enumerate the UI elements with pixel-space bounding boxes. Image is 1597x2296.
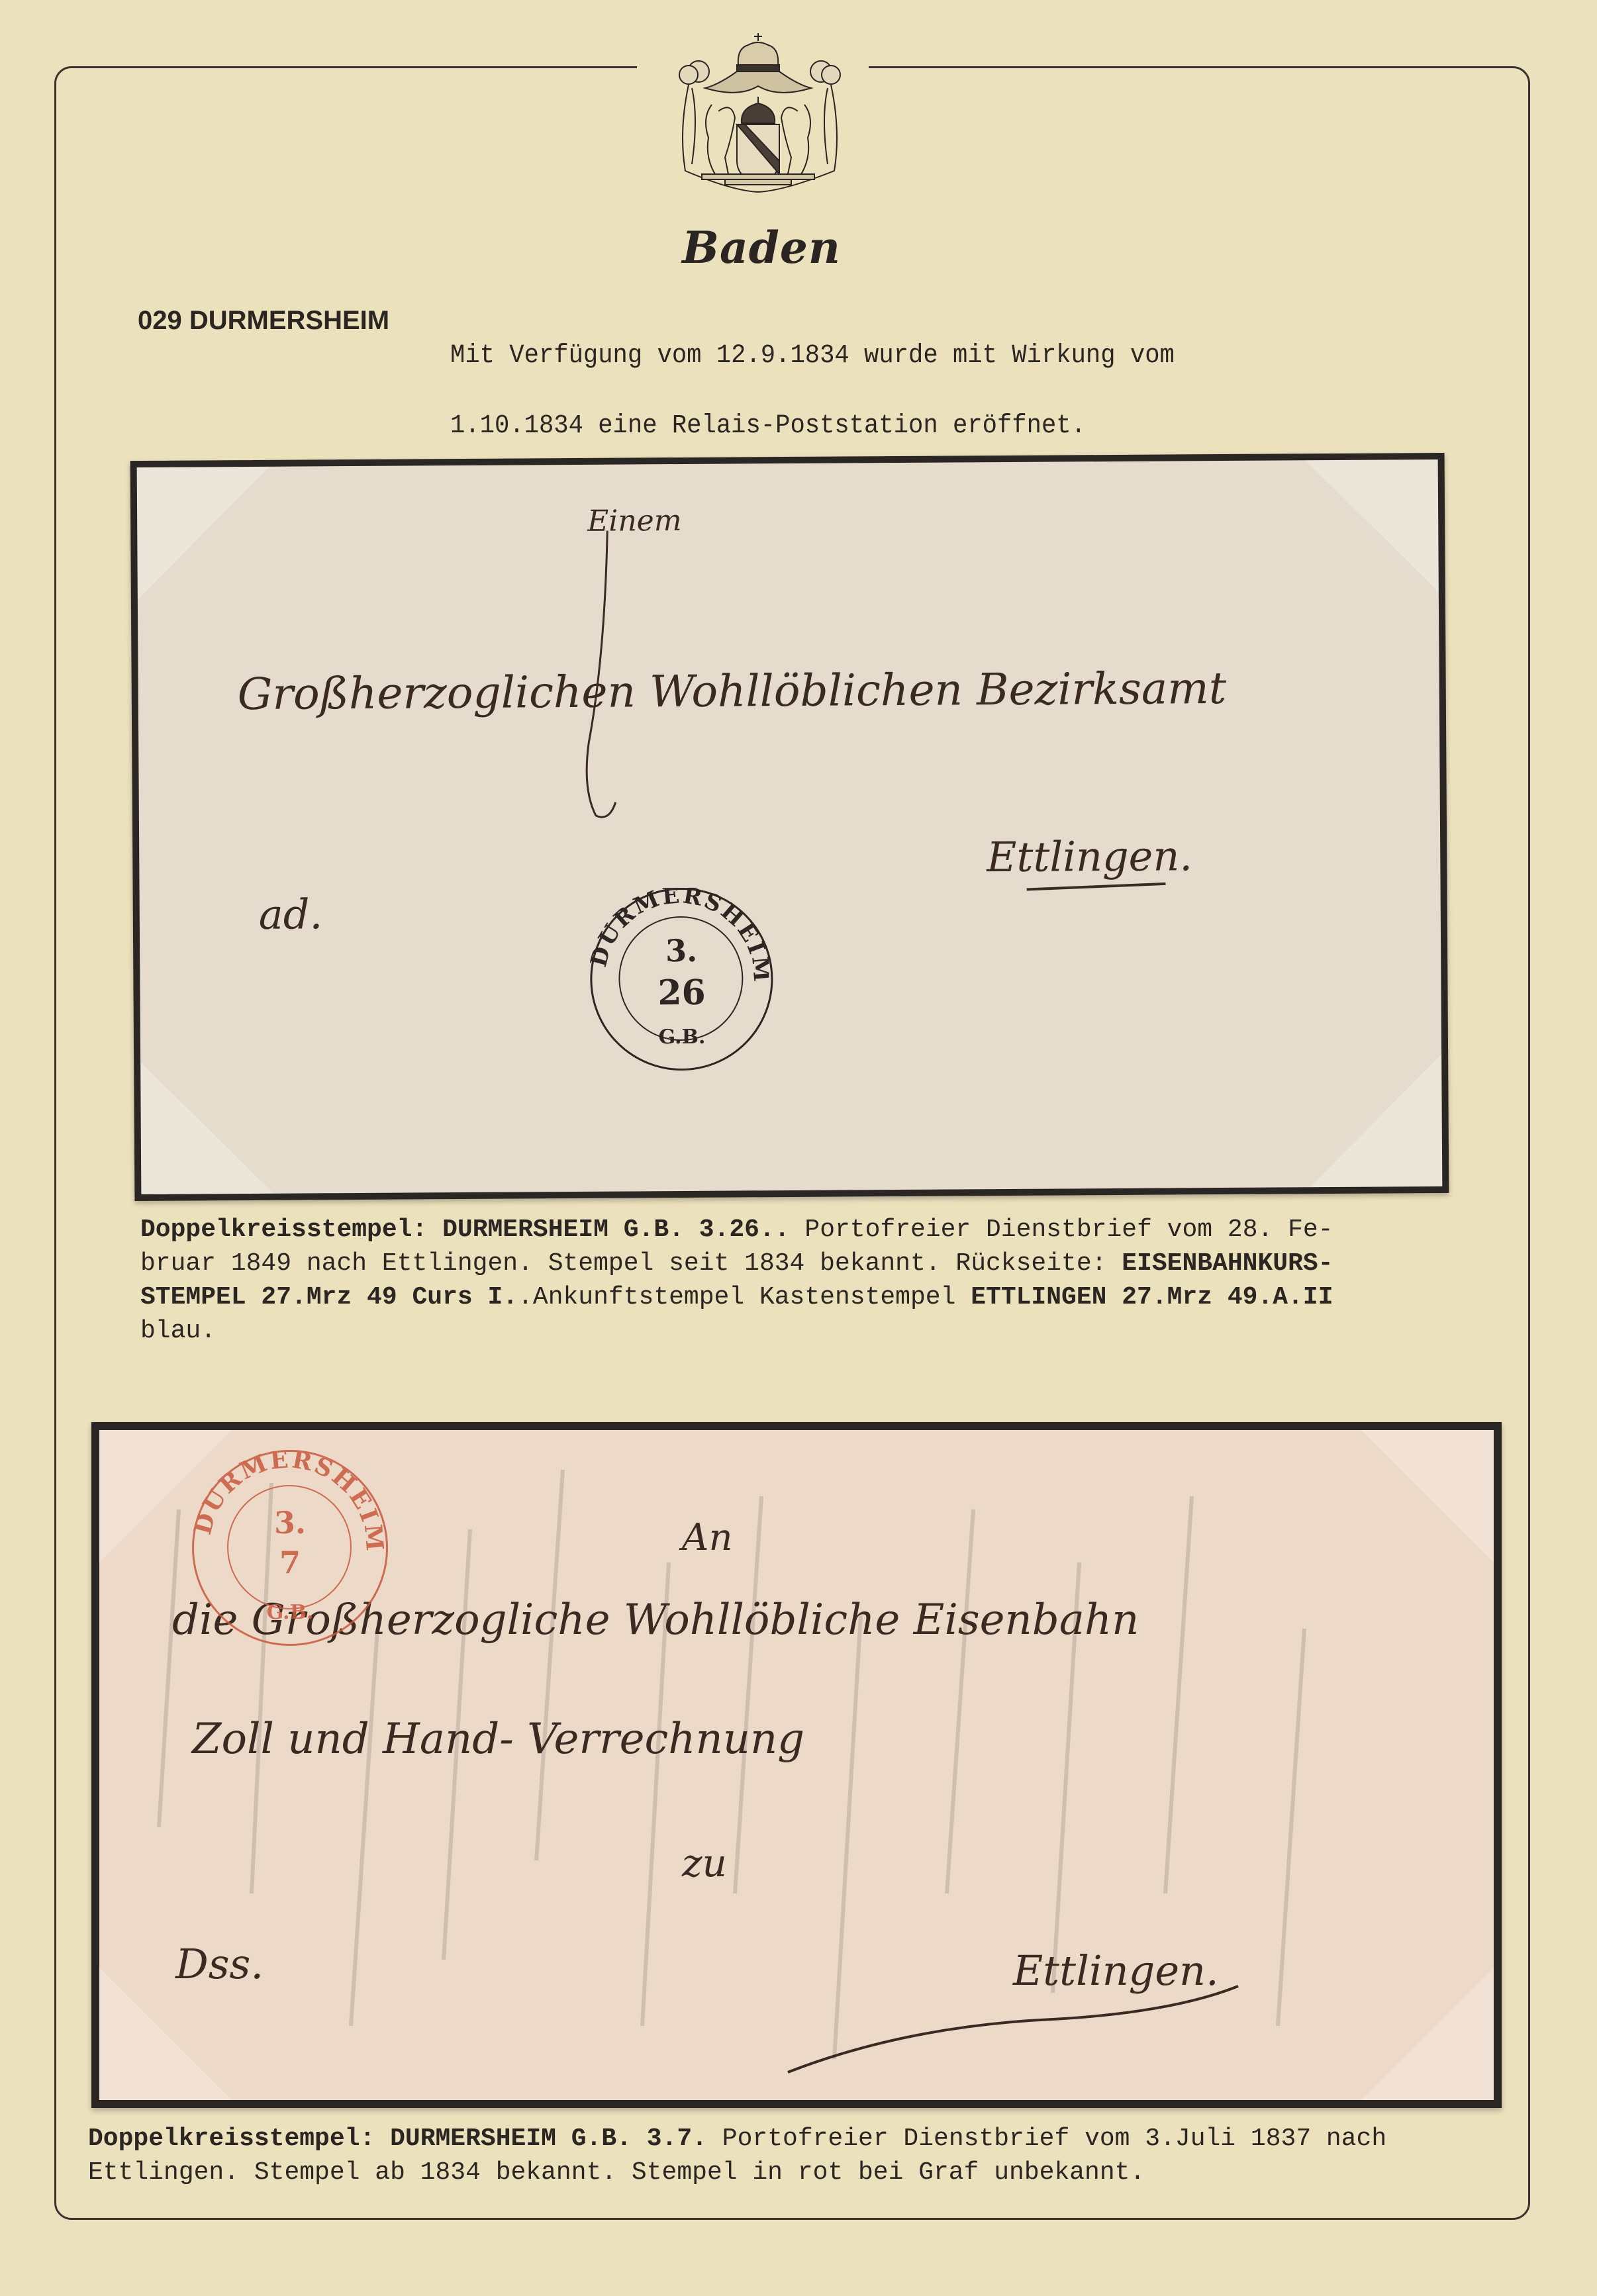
caption-bold: ETTLINGEN 27.Mrz 49.A.II (971, 1283, 1333, 1312)
caption-bold: STEMPEL 27.Mrz 49 Curs I. (140, 1283, 518, 1312)
location-code: 029 DURMERSHEIM (138, 303, 389, 338)
mount-corner (137, 467, 270, 600)
handwritten-addressee-line2: Zoll und Hand- Verrechnung (192, 1715, 804, 1764)
intro-line: 1.10.1834 eine Relais-Poststation eröffn… (450, 408, 1374, 444)
postmark-bottom: G.B. (257, 1601, 323, 1624)
caption-label: Doppelkreisstempel: (140, 1216, 427, 1244)
caption-text: .Ankunftstempel Kastenstempel (518, 1283, 971, 1312)
caption-text: bruar 1849 nach Ettlingen. Stempel seit … (140, 1249, 1122, 1278)
coat-of-arms-icon (652, 25, 877, 211)
caption-label: Doppelkreisstempel: (88, 2125, 375, 2153)
cover-1-caption: Doppelkreisstempel: DURMERSHEIM G.B. 3.2… (140, 1213, 1465, 1348)
caption-stamp: DURMERSHEIM G.B. 3.26.. (442, 1216, 790, 1244)
handwritten-addressee: Großherzoglichen Wohllöblichen Bezirksam… (238, 663, 1227, 720)
intro-line: Mit Verfügung vom 12.9.1834 wurde mit Wi… (450, 338, 1374, 373)
mount-corner (1309, 1054, 1442, 1187)
caption-text: Portofreier Dienstbrief vom 3.Juli 1837 … (707, 2125, 1386, 2153)
handwritten-preposition: zu (682, 1841, 727, 1886)
postmark-month: 26 (655, 973, 708, 1013)
cover-1-envelope: Einem Großherzoglichen Wohllöblichen Bez… (130, 453, 1449, 1201)
postmark-black: DURMERSHEIM 3. 26 G.B. (590, 887, 774, 1071)
cover-2-caption: Doppelkreisstempel: DURMERSHEIM G.B. 3.7… (88, 2122, 1518, 2189)
caption-text: Ettlingen. Stempel ab 1834 bekannt. Stem… (88, 2158, 1145, 2187)
cover-2-envelope: An die Großherzogliche Wohllöbliche Eise… (91, 1422, 1502, 2108)
underline-stroke (1027, 883, 1166, 891)
postmark-bottom: G.B. (649, 1026, 715, 1049)
caption-text: Portofreier Dienstbrief vom 28. Fe- (790, 1216, 1333, 1244)
handwriting-flourish (775, 1946, 1251, 2092)
handwritten-mark: ad. (259, 890, 323, 939)
handwritten-mark: Dss. (175, 1940, 264, 1988)
mount-corner (1306, 459, 1439, 593)
caption-stamp: DURMERSHEIM G.B. 3.7. (390, 2125, 707, 2153)
handwritten-destination: Ettlingen. (987, 832, 1192, 881)
postmark-red: DURMERSHEIM 3. 7 G.B. (192, 1450, 388, 1646)
page-title: Baden (662, 222, 861, 273)
postmark-day: 3. (264, 1505, 316, 1541)
mount-corner (140, 1061, 273, 1194)
caption-text: blau. (140, 1317, 216, 1345)
postmark-month: 7 (264, 1545, 316, 1580)
caption-bold: EISENBAHNKURS- (1122, 1249, 1333, 1278)
postmark-day: 3. (655, 933, 708, 969)
handwritten-salutation: An (682, 1516, 733, 1559)
